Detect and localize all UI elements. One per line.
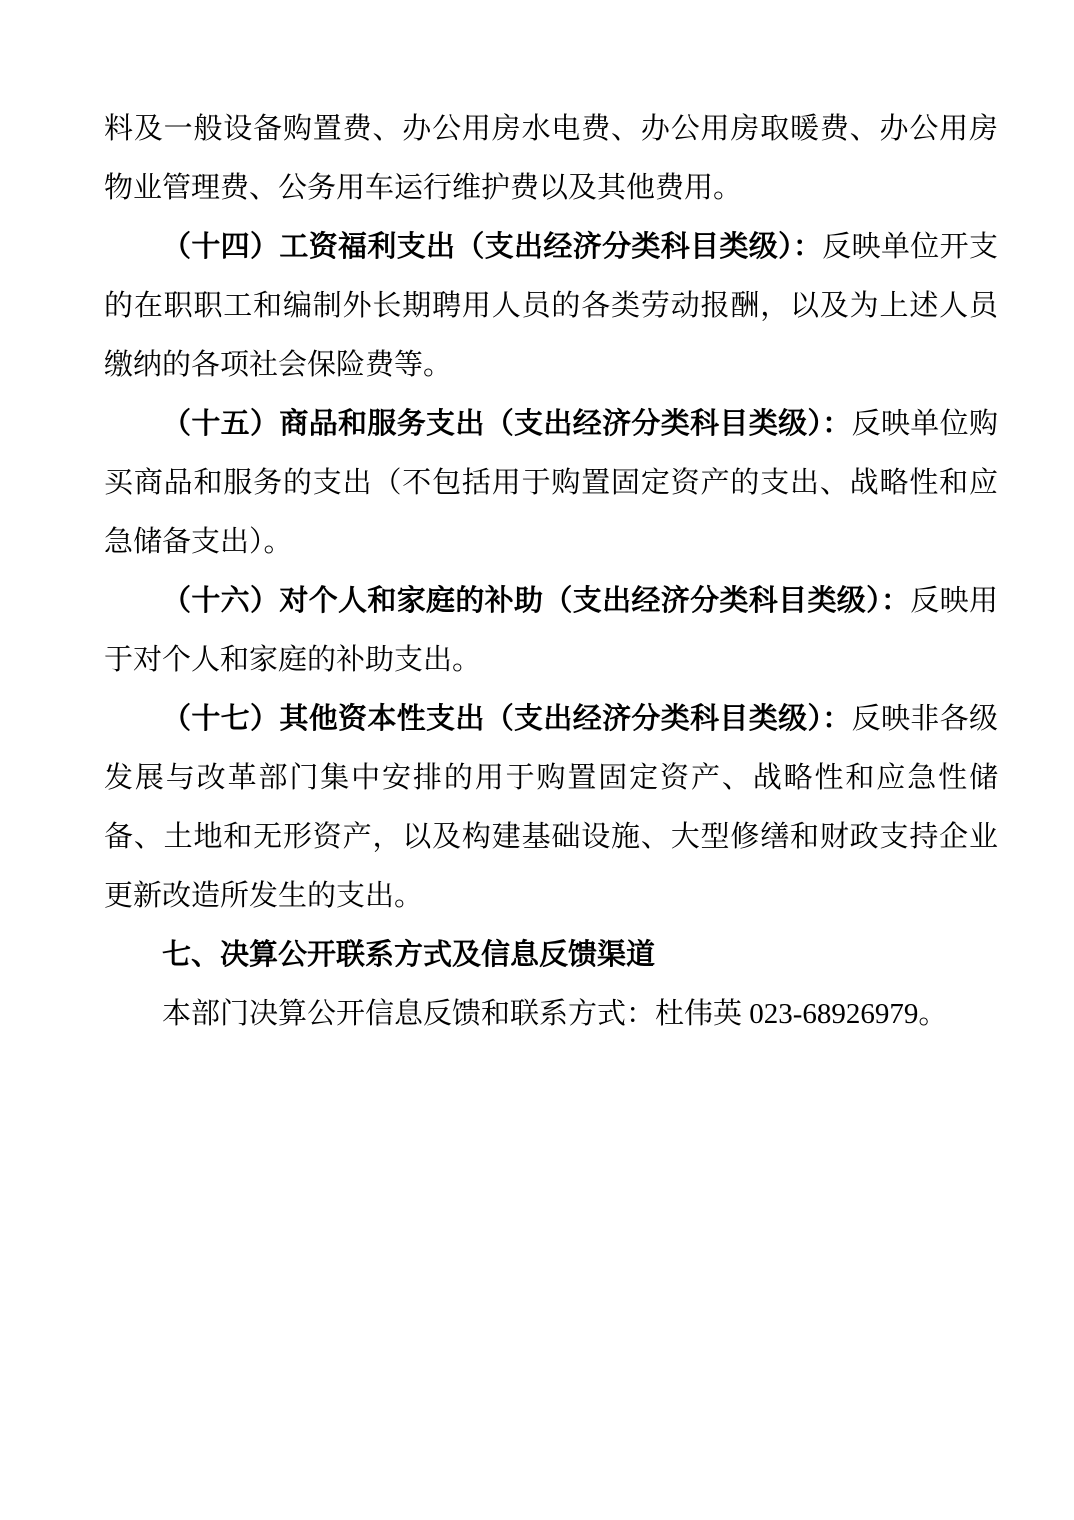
para-item-15: （十五）商品和服务支出（支出经济分类科目类级）：反映单位购买商品和服务的支出（不… [104, 395, 998, 572]
para-body: 料及一般设备购置费、办公用房水电费、办公用房取暖费、办公用房物业管理费、公务用车… [104, 113, 998, 204]
para-lead: （十四）工资福利支出（支出经济分类科目类级）： [162, 231, 822, 263]
para-continuation: 料及一般设备购置费、办公用房水电费、办公用房取暖费、办公用房物业管理费、公务用车… [104, 100, 998, 218]
para-item-14: （十四）工资福利支出（支出经济分类科目类级）：反映单位开支的在职职工和编制外长期… [104, 218, 998, 395]
section-heading: 七、决算公开联系方式及信息反馈渠道 [104, 926, 998, 985]
para-lead: （十五）商品和服务支出（支出经济分类科目类级）： [162, 408, 852, 440]
para-item-16: （十六）对个人和家庭的补助（支出经济分类科目类级）：反映用于对个人和家庭的补助支… [104, 572, 998, 690]
document-page: 料及一般设备购置费、办公用房水电费、办公用房取暖费、办公用房物业管理费、公务用车… [0, 0, 1074, 1520]
para-item-17: （十七）其他资本性支出（支出经济分类科目类级）：反映非各级发展与改革部门集中安排… [104, 690, 998, 926]
contact-paragraph: 本部门决算公开信息反馈和联系方式：杜伟英 023-68926979。 [104, 985, 998, 1044]
para-lead: （十六）对个人和家庭的补助（支出经济分类科目类级）： [162, 585, 910, 617]
para-lead: （十七）其他资本性支出（支出经济分类科目类级）： [162, 703, 852, 735]
